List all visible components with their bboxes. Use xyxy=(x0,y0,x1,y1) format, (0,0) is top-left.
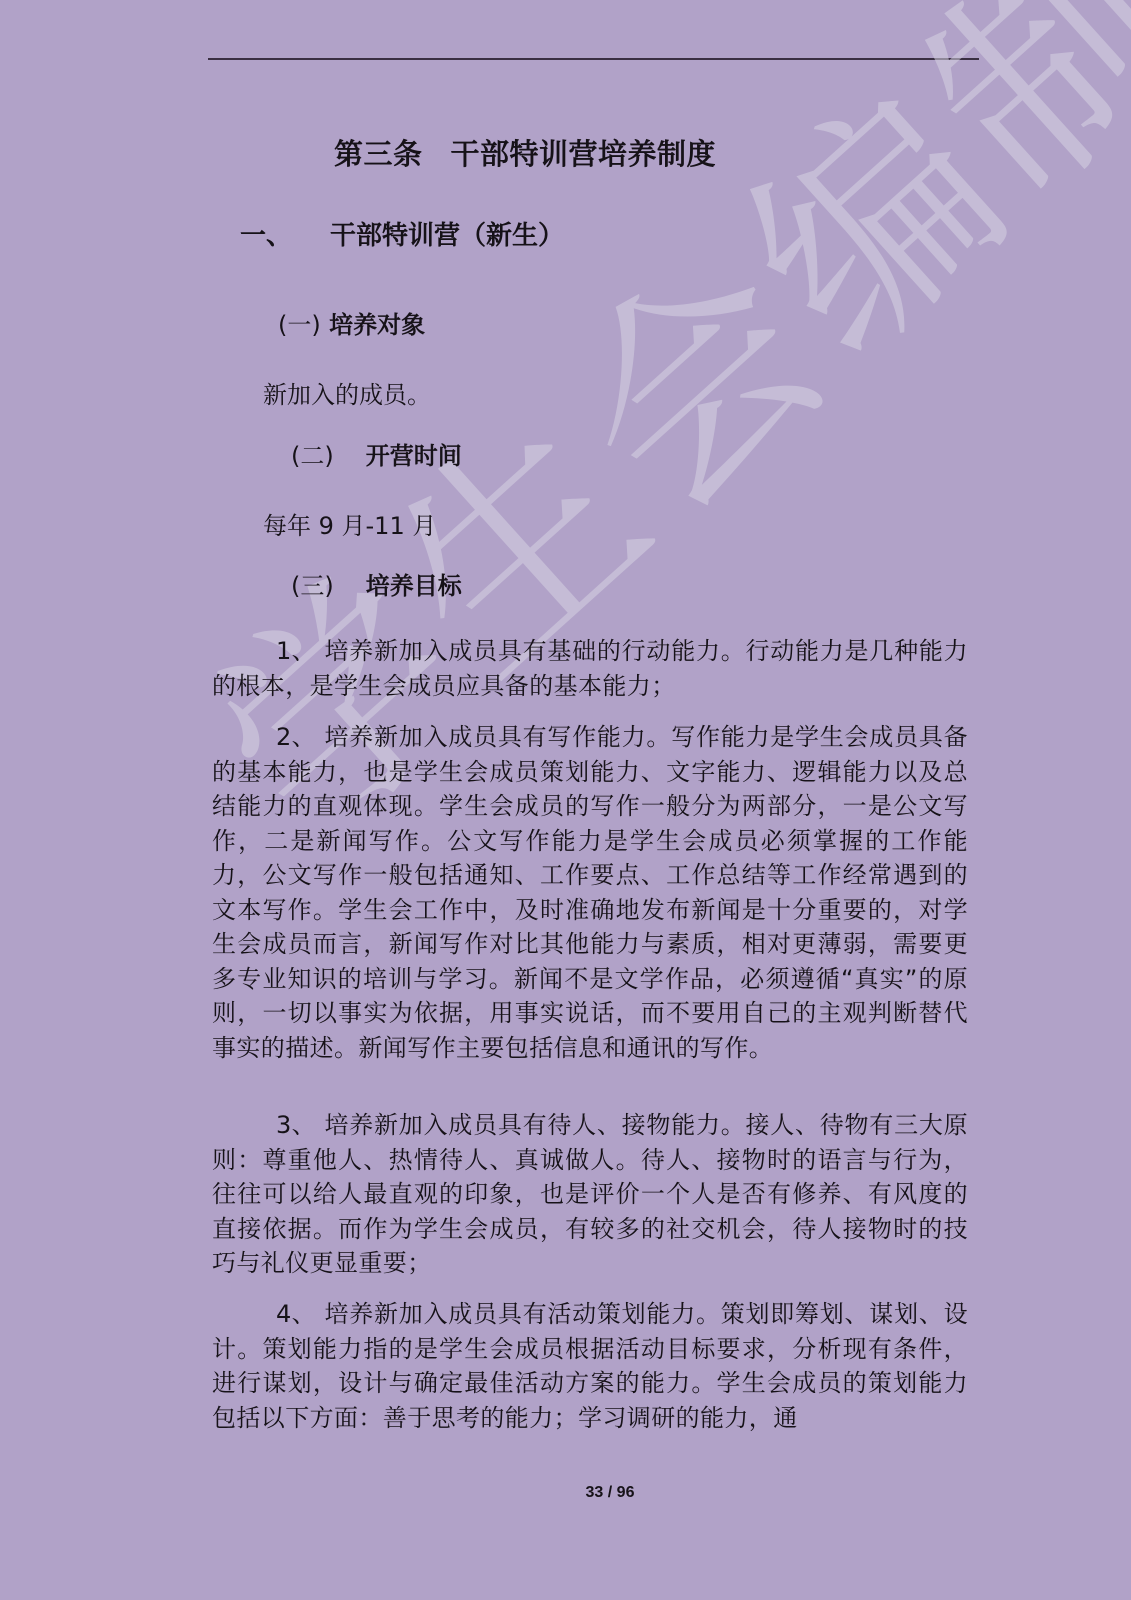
goal-paragraph-2: 2、 培养新加入成员具有写作能力。写作能力是学生会成员具备的基本能力，也是学生会… xyxy=(212,720,968,1065)
article-title-text: 干部特训营培养制度 xyxy=(451,137,717,171)
subsection-heading-2: (二)开营时间 xyxy=(291,436,462,471)
goal-number: 2、 xyxy=(212,720,316,755)
goal-number: 4、 xyxy=(212,1297,316,1332)
subsection-title: 培养对象 xyxy=(329,311,425,339)
goal-number: 1、 xyxy=(212,634,316,669)
subsection-body-1: 新加入的成员。 xyxy=(263,375,431,410)
subsection-number: (二) xyxy=(291,442,334,470)
page-number: 33 / 96 xyxy=(0,1484,1131,1502)
subsection-number: (一) xyxy=(278,311,321,339)
article-title: 第三条干部特训营培养制度 xyxy=(334,132,716,173)
goal-text: 培养新加入成员具有写作能力。写作能力是学生会成员具备的基本能力，也是学生会成员策… xyxy=(212,723,968,1062)
section-number: 一、 xyxy=(240,215,292,252)
header-rule xyxy=(208,58,979,60)
goal-paragraph-4: 4、 培养新加入成员具有活动策划能力。策划即筹划、谋划、设计。策划能力指的是学生… xyxy=(212,1297,968,1435)
goal-paragraph-1: 1、 培养新加入成员具有基础的行动能力。行动能力是几种能力的根本，是学生会成员应… xyxy=(212,634,968,703)
subsection-heading-3: (三)培养目标 xyxy=(291,566,462,601)
article-title-prefix: 第三条 xyxy=(334,137,423,171)
goal-text: 培养新加入成员具有基础的行动能力。行动能力是几种能力的根本，是学生会成员应具备的… xyxy=(212,637,968,700)
subsection-number: (三) xyxy=(291,572,334,600)
subsection-title: 开营时间 xyxy=(366,442,462,470)
subsection-title: 培养目标 xyxy=(366,572,462,600)
goal-text: 培养新加入成员具有待人、接物能力。接人、待物有三大原则：尊重他人、热情待人、真诚… xyxy=(212,1111,968,1277)
section-title: 干部特训营（新生） xyxy=(330,215,564,252)
goal-text: 培养新加入成员具有活动策划能力。策划即筹划、谋划、设计。策划能力指的是学生会成员… xyxy=(212,1300,968,1432)
subsection-body-2: 每年 9 月-11 月 xyxy=(263,506,436,541)
goal-paragraph-3: 3、 培养新加入成员具有待人、接物能力。接人、待物有三大原则：尊重他人、热情待人… xyxy=(212,1108,968,1281)
subsection-heading-1: (一) 培养对象 xyxy=(278,305,425,340)
goal-number: 3、 xyxy=(212,1108,316,1143)
